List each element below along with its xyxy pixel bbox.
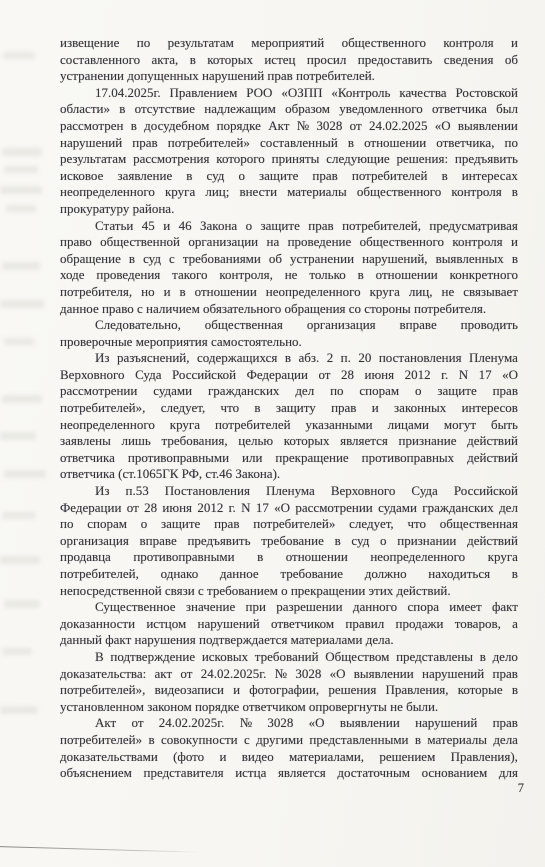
text-line: Актот24.02.2025г.№3028«Овыявлениинарушен… xyxy=(60,715,518,732)
bleed-mark xyxy=(0,432,36,440)
text-line: Федерацииот28июня2012г.N17«Орассмотрении… xyxy=(60,500,518,517)
text-line: установленном законом порядке ответчиком… xyxy=(60,699,518,716)
bleed-mark xyxy=(0,556,40,564)
scanned-document-page: извещениепорезультатаммероприятийобществ… xyxy=(0,0,545,867)
text-line: правообщественнойорганизациинапроведение… xyxy=(60,234,518,251)
bleed-mark xyxy=(0,186,42,194)
paragraph: 17.04.2025г.ПравлениемРОО«ОЗПП«Контрольк… xyxy=(60,85,518,218)
text-line: проверочные мероприятия самостоятельно. xyxy=(60,334,518,351)
paragraph: Изп.53ПостановленияПленумаВерховногоСуда… xyxy=(60,483,518,599)
paragraph: Статьи45и46Законаозащитеправпотребителей… xyxy=(60,218,518,318)
bleed-mark xyxy=(2,148,42,156)
bleed-mark xyxy=(4,600,40,608)
text-line: потребителей»всовокупностисдругимипредст… xyxy=(60,732,518,749)
paragraph: Актот24.02.2025г.№3028«Овыявлениинарушен… xyxy=(60,715,518,781)
bleed-mark xyxy=(3,52,35,59)
scan-edge-line xyxy=(0,846,202,853)
bleed-mark xyxy=(2,648,32,655)
text-line: обращениевсудстребованиямиобустранениина… xyxy=(60,251,518,268)
text-line: ВерховногоСудаРоссийскойФедерацииот28июн… xyxy=(60,367,518,384)
text-line: исковоезаявлениевсудозащитеправпотребите… xyxy=(60,168,518,185)
text-line: потребителя,ноивотношениинеопределенного… xyxy=(60,284,518,301)
text-line: Изразъяснений,содержащихсявабз.2п.20пост… xyxy=(60,350,518,367)
text-line: нарушенийправпотребителей»составленныйво… xyxy=(60,135,518,152)
paragraph: ВподтверждениеисковыхтребованийОбществом… xyxy=(60,649,518,715)
text-line: доказательствами(фотоивидеоматериалами,р… xyxy=(60,749,518,766)
text-line: Статьи45и46Законаозащитеправпотребителей… xyxy=(60,218,518,235)
text-line: данное право с наличием обязательного об… xyxy=(60,301,518,318)
text-line: результатамрассмотрениякоторогопринятысл… xyxy=(60,151,518,168)
text-line: объяснениемпредставителяистцаявляетсядос… xyxy=(60,765,518,782)
page-number: 7 xyxy=(518,780,524,796)
bleed-mark xyxy=(2,512,36,519)
text-line: ответчика (ст.1065ГК РФ, ст.46 Закона). xyxy=(60,466,518,483)
bleed-mark xyxy=(4,166,38,173)
text-line: потребителей»,следует,чтовзащитуправизак… xyxy=(60,400,518,417)
text-line: поспорамозащитеправпотребителей»следует,… xyxy=(60,516,518,533)
text-line: Существенноезначениеприразрешенииданного… xyxy=(60,599,518,616)
text-line: Изп.53ПостановленияПленумаВерховногоСуда… xyxy=(60,483,518,500)
text-line: данный факт нарушения подтверждается мат… xyxy=(60,632,518,649)
paragraph: Следовательно,общественнаяорганизациявпр… xyxy=(60,317,518,350)
text-line: извещениепорезультатаммероприятийобществ… xyxy=(60,35,518,52)
text-line: устранении допущенных нарушений прав пот… xyxy=(60,68,518,85)
bleed-mark xyxy=(6,205,36,212)
text-line: ходепроведениятакогоконтроля,нетольковот… xyxy=(60,267,518,284)
bleed-mark xyxy=(0,300,44,308)
bleed-mark xyxy=(2,395,42,403)
text-line: составленногоакта,вкоторыхистецпросилпре… xyxy=(60,52,518,69)
text-line: доказанностиистцомнарушенийответчикомпра… xyxy=(60,616,518,633)
paragraph: Существенноезначениеприразрешенииданного… xyxy=(60,599,518,649)
text-line: 17.04.2025г.ПравлениемРОО«ОЗПП«Контрольк… xyxy=(60,85,518,102)
text-line: неопределенногокругапотребителейуказанны… xyxy=(60,417,518,434)
text-line: неопределенногокругалиц;внестиматериалыо… xyxy=(60,184,518,201)
text-line: потребителей,однакоданноетребованиедолжн… xyxy=(60,566,518,583)
text-line: рассмотрениисудамигражданскихделпоспорам… xyxy=(60,383,518,400)
bleed-mark xyxy=(0,706,38,714)
document-text: извещениепорезультатаммероприятийобществ… xyxy=(60,35,518,782)
text-line: области»вотсутствиенадлежащимобразомувед… xyxy=(60,101,518,118)
text-line: организациявправепредъявитьтребованиевсу… xyxy=(60,533,518,550)
text-line: заявленылишьтребования,цельюкоторыхявляе… xyxy=(60,433,518,450)
text-line: продавцапротивоправнымивотношениинеопред… xyxy=(60,549,518,566)
text-line: прокуратуру района. xyxy=(60,201,518,218)
bleed-mark xyxy=(4,338,34,345)
text-line: ВподтверждениеисковыхтребованийОбществом… xyxy=(60,649,518,666)
paragraph: извещениепорезультатаммероприятийобществ… xyxy=(60,35,518,85)
text-line: рассмотренвдосудебномпорядкеАкт№3028от24… xyxy=(60,118,518,135)
bleed-mark xyxy=(4,470,46,478)
text-line: потребителей»,видеозаписиифотографии,реш… xyxy=(60,682,518,699)
bleed-mark xyxy=(2,262,40,270)
text-line: доказательства:актот24.02.2025г.№3028«Ов… xyxy=(60,666,518,683)
text-line: ответчикапротивоправнымиилипрекращениепр… xyxy=(60,450,518,467)
paragraph: Изразъяснений,содержащихсявабз.2п.20пост… xyxy=(60,350,518,483)
text-line: непосредственной связи с требованием о п… xyxy=(60,583,518,600)
text-line: Следовательно,общественнаяорганизациявпр… xyxy=(60,317,518,334)
